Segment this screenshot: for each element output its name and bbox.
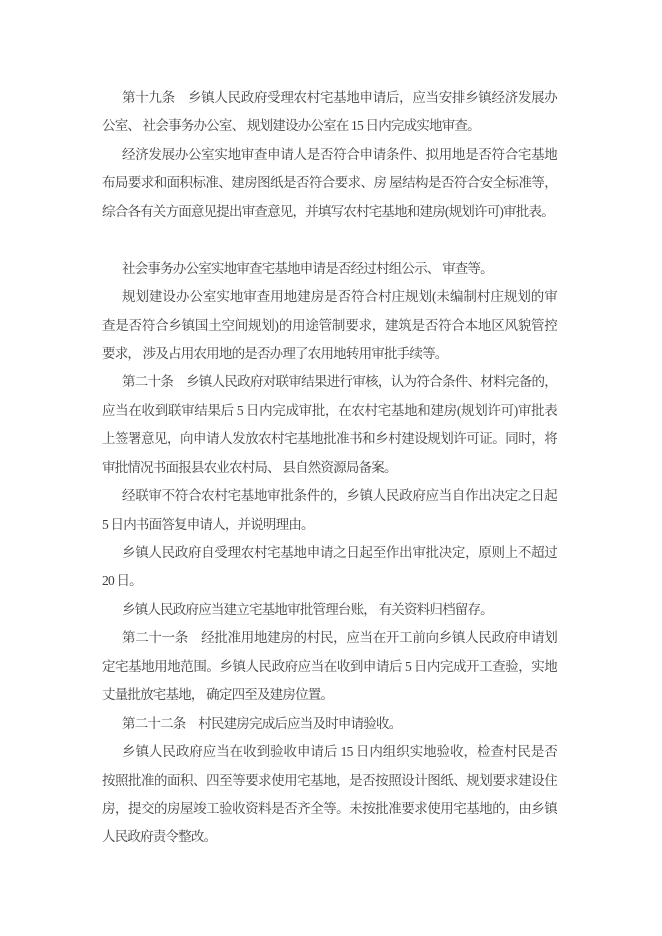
document-page: 第十九条 乡镇人民政府受理农村宅基地申请后，应当安排乡镇经济发展办公室、 社会事… (0, 0, 662, 936)
text-line: 乡镇人民政府应当建立宅基地审批管理台账， 有关资料归档留存。 (102, 596, 557, 624)
text-line: 上签署意见，向申请人发放农村宅基地批准书和乡村建设规划许可证。同时，将 (102, 425, 557, 453)
text-line: 第十九条 乡镇人民政府受理农村宅基地申请后，应当安排乡镇经济发展办 (102, 84, 557, 112)
text-line: 5 日内书面答复申请人，并说明理由。 (102, 511, 557, 539)
text-line: 第二十二条 村民建房完成后应当及时申请验收。 (102, 710, 557, 738)
text-line: 定宅基地用地范围。乡镇人民政府应当在收到申请后 5 日内完成开工查验，实地 (102, 653, 557, 681)
text-line: 综合各有关方面意见提出审查意见，并填写农村宅基地和建房(规划许可)审批表。 (102, 198, 557, 226)
text-line: 要求， 涉及占用农用地的是否办理了农用地转用审批手续等。 (102, 340, 557, 368)
text-line: 经济发展办公室实地审查申请人是否符合申请条件、拟用地是否符合宅基地 (102, 141, 557, 169)
text-line: 公室、 社会事务办公室、 规划建设办公室在 15 日内完成实地审查。 (102, 112, 557, 140)
text-line: 布局要求和面积标准、建房图纸是否符合要求、房 屋结构是否符合安全标准等， (102, 169, 557, 197)
blank-line (102, 226, 557, 254)
text-line: 审批情况书面报县农业农村局、 县自然资源局备案。 (102, 454, 557, 482)
text-line: 查是否符合乡镇国土空间规划)的用途管制要求，建筑是否符合本地区风貌管控 (102, 312, 557, 340)
text-line: 第二十条 乡镇人民政府对联审结果进行审核，认为符合条件、材料完备的， (102, 368, 557, 396)
text-line: 按照批准的面积、四至等要求使用宅基地，是否按照设计图纸、规划要求建设住 (102, 767, 557, 795)
text-line: 乡镇人民政府自受理农村宅基地申请之日起至作出审批决定，原则上不超过 (102, 539, 557, 567)
text-line: 第二十一条 经批准用地建房的村民，应当在开工前向乡镇人民政府申请划 (102, 624, 557, 652)
text-line: 20 日。 (102, 567, 557, 595)
text-line: 经联审不符合农村宅基地审批条件的，乡镇人民政府应当自作出决定之日起 (102, 482, 557, 510)
text-line: 应当在收到联审结果后 5 日内完成审批，在农村宅基地和建房(规划许可)审批表 (102, 397, 557, 425)
text-line: 乡镇人民政府应当在收到验收申请后 15 日内组织实地验收，检查村民是否 (102, 738, 557, 766)
document-body: 第十九条 乡镇人民政府受理农村宅基地申请后，应当安排乡镇经济发展办公室、 社会事… (102, 84, 557, 852)
text-line: 人民政府责令整改。 (102, 823, 557, 851)
text-line: 丈量批放宅基地， 确定四至及建房位置。 (102, 681, 557, 709)
text-line: 社会事务办公室实地审查宅基地申请是否经过村组公示、 审查等。 (102, 255, 557, 283)
text-line: 房，提交的房屋竣工验收资料是否齐全等。未按批准要求使用宅基地的，由乡镇 (102, 795, 557, 823)
text-line: 规划建设办公室实地审查用地建房是否符合村庄规划(未编制村庄规划的审 (102, 283, 557, 311)
